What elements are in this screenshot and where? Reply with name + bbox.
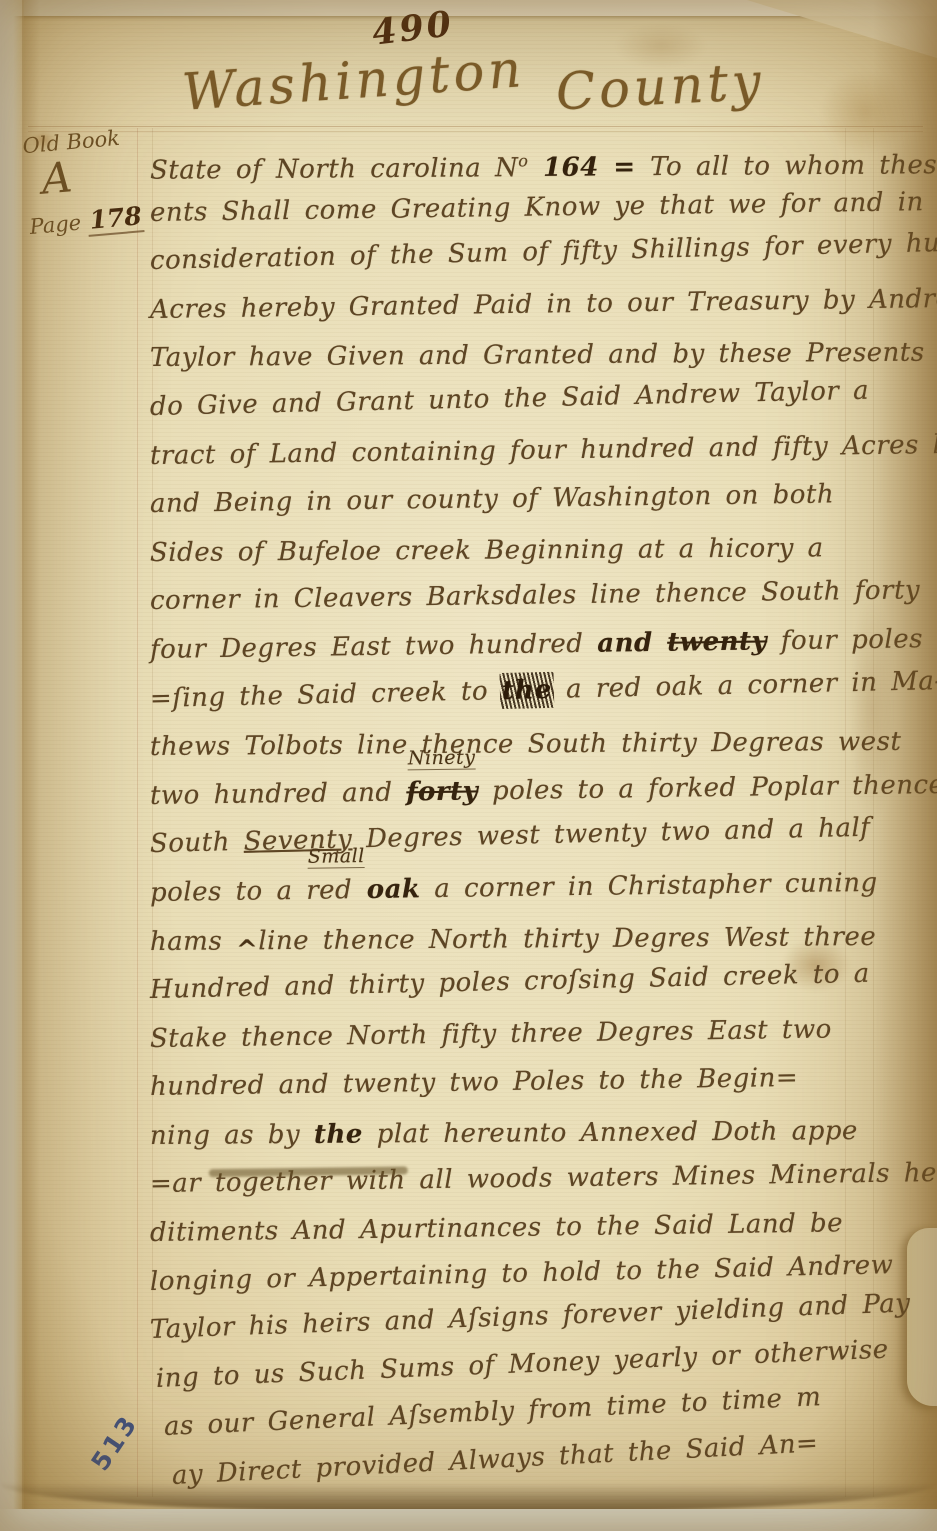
text-segment: all woods waters Mines Minerals here [405, 1158, 937, 1196]
text-segment: o [518, 151, 528, 170]
text-segment: plat hereunto Annexed Doth appe [363, 1116, 858, 1149]
text-segment: the [501, 674, 552, 705]
manuscript-line: poles to a Smallred oak a corner in Chri… [150, 858, 931, 917]
archival-number-blue: 513 [85, 1409, 143, 1476]
text-segment: the [314, 1119, 363, 1149]
text-segment: Degres west twenty two and a half [352, 813, 871, 855]
text-segment: tract of Land containing four hundred an… [150, 429, 937, 471]
text-segment: twenty [667, 626, 767, 657]
text-segment: a red oak a corner in Ma- [552, 666, 937, 705]
text-segment: =ar [150, 1169, 215, 1200]
manuscript-line: Acres hereby Granted Paid in to our Trea… [150, 275, 931, 334]
inserted-word: Ninety [408, 748, 476, 770]
text-segment: Acres hereby Granted Paid in to our Trea… [150, 283, 937, 325]
header-rule-line [28, 126, 923, 127]
margin-note-page-ref: Page 178 [28, 202, 148, 240]
inserted-word-stack: Smallred [306, 866, 353, 915]
manuscript-line: hundred and twenty two Poles to the Begi… [150, 1052, 931, 1111]
text-segment: a corner in Christapher cuning [420, 868, 878, 904]
text-segment: State of North carolina N [150, 153, 518, 186]
manuscript-line: and Being in our county of Washington on… [150, 469, 931, 528]
text-segment: and Being in our county of Washington on… [150, 480, 835, 520]
text-segment: To all to whom these pres- [650, 149, 937, 182]
header-rule-line-2 [28, 131, 923, 132]
inserted-word: Small [308, 847, 365, 869]
text-segment: ning as by [150, 1120, 314, 1151]
manuscript-page: 490 Washington County Old Book A Page 17… [0, 0, 937, 1531]
text-segment: together with [215, 1166, 406, 1199]
left-backing-paper [0, 0, 24, 1531]
text-segment: four Degres East two hundred [150, 629, 598, 665]
margin-note-page-label: Page [29, 211, 82, 239]
text-segment: do Give and Grant unto the Said Andrew T… [150, 376, 870, 422]
text-segment: 164 = [528, 152, 650, 183]
text-segment: Stake thence North fifty three Degres Ea… [150, 1014, 832, 1054]
header-county-name: Washington [180, 40, 527, 123]
text-segment: oak [352, 874, 421, 905]
text-segment: hams [150, 926, 236, 957]
text-segment: corner in Cleavers Barksdales line thenc… [150, 576, 921, 617]
text-segment: and [597, 628, 667, 659]
body-lines: State of North carolina No 164 = To all … [150, 140, 930, 1501]
margin-note-book-letter: A [40, 148, 146, 203]
bottom-backing-paper [0, 1509, 937, 1531]
text-segment: =ſing the Said creek to [150, 676, 503, 714]
margin-note-page-number: 178 [86, 201, 145, 237]
text-segment: two hundred and [150, 777, 407, 811]
text-segment: poles to a forked Poplar thence [478, 770, 937, 807]
text-segment: South [150, 827, 244, 859]
text-segment: hundred and twenty two Poles to the Begi… [150, 1063, 799, 1102]
text-segment: Hundred and thirty poles croſsing Said c… [150, 959, 870, 1005]
left-margin-rule [137, 128, 138, 1497]
text-segment: forty [406, 776, 478, 807]
text-segment: Sides of Bufeloe creek Beginning at a hi… [150, 533, 824, 568]
text-segment: thews Tolbots line thence South thirty D… [150, 727, 902, 762]
inserted-word-stack: Ninetyforty [406, 767, 479, 817]
text-segment: ditiments And Apurtinances to the Said L… [150, 1208, 843, 1248]
text-segment: four poles croſ- [767, 623, 937, 656]
text-segment: consideration of the Sum of fifty Shilli… [150, 226, 937, 276]
text-segment: red [306, 875, 352, 906]
header-county-word: County [555, 53, 767, 123]
text-segment: poles to a [150, 876, 307, 908]
margin-note-old-book: Old Book A Page 178 [22, 125, 149, 240]
